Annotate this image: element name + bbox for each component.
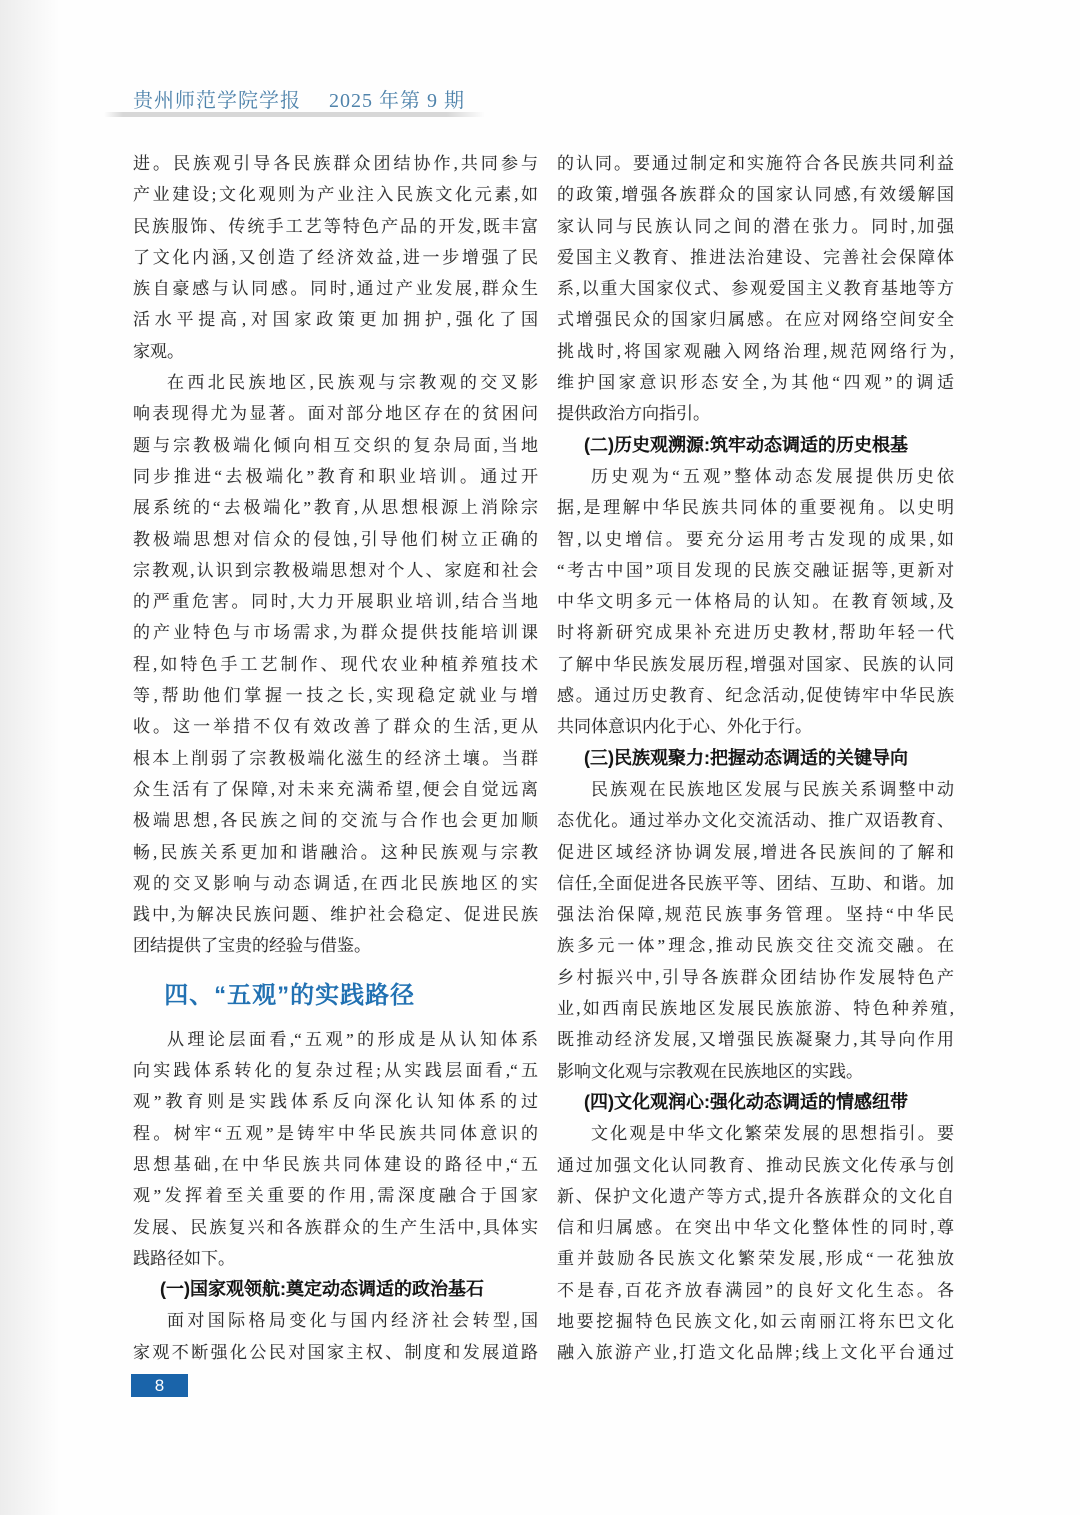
text-line: 民族服饰、传统手工艺等特色产品的开发,既丰富 (133, 211, 538, 242)
text-line: 同步推进“去极端化”教育和职业培训。通过开 (133, 461, 538, 492)
text-line: 观的交叉影响与动态调适,在西北民族地区的实 (133, 868, 538, 899)
text-line: 产业建设;文化观则为产业注入民族文化元素,如 (133, 179, 538, 210)
header-rule (104, 112, 485, 117)
text-line: 影响文化观与宗教观在民族地区的实践。 (557, 1056, 954, 1087)
text-line: 的认同。要通过制定和实施符合各民族共同利益 (557, 148, 954, 179)
text-line: 信任,全面促进各民族平等、团结、互助、和谐。加 (557, 868, 954, 899)
text-line: 收。这一举措不仅有效改善了群众的生活,更从 (133, 711, 538, 742)
page-number-badge: 8 (131, 1374, 188, 1397)
subheading: (一)国家观领航:奠定动态调适的政治基石 (133, 1274, 538, 1305)
text-line: 的严重危害。同时,大力开展职业培训,结合当地 (133, 586, 538, 617)
subheading: (四)文化观润心:强化动态调适的情感纽带 (557, 1087, 954, 1118)
subheading: (二)历史观溯源:筑牢动态调适的历史根基 (557, 430, 954, 461)
text-line: 据,是理解中华民族共同体的重要视角。以史明 (557, 492, 954, 523)
text-line: 通过加强文化认同教育、推动民族文化传承与创 (557, 1150, 954, 1181)
text-line: 向实践体系转化的复杂过程;从实践层面看,“五 (133, 1055, 538, 1086)
text-line: 中华文明多元一体格局的认知。在教育领域,及 (557, 586, 954, 617)
text-line: 智,以史增信。要充分运用考古发现的成果,如 (557, 524, 954, 555)
text-line: 提供政治方向指引。 (557, 398, 954, 429)
text-line: 活水平提高,对国家政策更加拥护,强化了国 (133, 304, 538, 335)
text-line: 历史观为“五观”整体动态发展提供历史依 (557, 461, 954, 492)
text-line: 既推动经济发展,又增强民族凝聚力,其导向作用 (557, 1024, 954, 1055)
paragraph: 进。民族观引导各民族群众团结协作,共同参与产业建设;文化观则为产业注入民族文化元… (133, 148, 538, 367)
text-line: 观”教育则是实践体系反向深化认知体系的过 (133, 1086, 538, 1117)
right-column: 的认同。要通过制定和实施符合各民族共同利益的政策,增强各族群众的国家认同感,有效… (557, 148, 954, 1369)
text-line: 文化观是中华文化繁荣发展的思想指引。要 (557, 1118, 954, 1149)
paragraph: 从理论层面看,“五观”的形成是从认知体系向实践体系转化的复杂过程;从实践层面看,… (133, 1024, 538, 1274)
text-line: 展系统的“去极端化”教育,从思想根源上消除宗 (133, 492, 538, 523)
text-line: 众生活有了保障,对未来充满希望,便会自觉远离 (133, 774, 538, 805)
text-line: 发展、民族复兴和各族群众的生产生活中,具体实 (133, 1212, 538, 1243)
text-line: 式增强民众的国家归属感。在应对网络空间安全 (557, 304, 954, 335)
text-line: 进。民族观引导各民族群众团结协作,共同参与 (133, 148, 538, 179)
journal-page: 贵州师范学院学报2025 年第 9 期 进。民族观引导各民族群众团结协作,共同参… (0, 0, 1080, 1515)
page-number: 8 (155, 1376, 164, 1395)
paragraph: 面对国际格局变化与国内经济社会转型,国家观不断强化公民对国家主权、制度和发展道路 (133, 1305, 538, 1368)
text-line: 教极端思想对信众的侵蚀,引导他们树立正确的 (133, 524, 538, 555)
text-line: 共同体意识内化于心、外化于行。 (557, 711, 954, 742)
text-line: 宗教观,认识到宗教极端思想对个人、家庭和社会 (133, 555, 538, 586)
text-line: 践中,为解决民族问题、维护社会稳定、促进民族 (133, 899, 538, 930)
text-line: 融入旅游产业,打造文化品牌;线上文化平台通过 (557, 1337, 954, 1368)
text-line: 题与宗教极端化倾向相互交织的复杂局面,当地 (133, 430, 538, 461)
journal-title: 贵州师范学院学报 (133, 90, 301, 112)
text-line: 面对国际格局变化与国内经济社会转型,国 (133, 1305, 538, 1336)
text-line: 重并鼓励各民族文化繁荣发展,形成“一花独放 (557, 1243, 954, 1274)
text-line: 挑战时,将国家观融入网络治理,规范网络行为, (557, 336, 954, 367)
text-line: 程,如特色手工艺制作、现代农业种植养殖技术 (133, 649, 538, 680)
section-heading: 四、“五观”的实践路径 (133, 978, 538, 1014)
text-line: 根本上削弱了宗教极端化滋生的经济土壤。当群 (133, 743, 538, 774)
text-line: 极端思想,各民族之间的交流与合作也会更加顺 (133, 805, 538, 836)
text-line: 系,以重大国家仪式、参观爱国主义教育基地等方 (557, 273, 954, 304)
text-line: 时将新研究成果补充进历史教材,帮助年轻一代 (557, 617, 954, 648)
text-line: 爱国主义教育、推进法治建设、完善社会保障体 (557, 242, 954, 273)
subheading: (三)民族观聚力:把握动态调适的关键导向 (557, 743, 954, 774)
text-line: 民族观在民族地区发展与民族关系调整中动 (557, 774, 954, 805)
text-line: 家观不断强化公民对国家主权、制度和发展道路 (133, 1337, 538, 1368)
text-line: 思想基础,在中华民族共同体建设的路径中,“五 (133, 1149, 538, 1180)
text-line: 新、保护文化遗产等方式,提升各族群众的文化自 (557, 1181, 954, 1212)
paragraph: 在西北民族地区,民族观与宗教观的交叉影响表现得尤为显著。面对部分地区存在的贫困问… (133, 367, 538, 962)
issue-label: 2025 年第 9 期 (329, 90, 465, 112)
left-column: 进。民族观引导各民族群众团结协作,共同参与产业建设;文化观则为产业注入民族文化元… (133, 148, 538, 1368)
text-line: 地要挖掘特色民族文化,如云南丽江将东巴文化 (557, 1306, 954, 1337)
paragraph: 历史观为“五观”整体动态发展提供历史依据,是理解中华民族共同体的重要视角。以史明… (557, 461, 954, 743)
text-line: 观”发挥着至关重要的作用,需深度融合于国家 (133, 1180, 538, 1211)
text-line: 践路径如下。 (133, 1243, 538, 1274)
text-line: 促进区域经济协调发展,增进各民族间的了解和 (557, 837, 954, 868)
text-line: 族自豪感与认同感。同时,通过产业发展,群众生 (133, 273, 538, 304)
text-line: 从理论层面看,“五观”的形成是从认知体系 (133, 1024, 538, 1055)
text-line: 畅,民族关系更加和谐融洽。这种民族观与宗教 (133, 837, 538, 868)
text-line: 程。树牢“五观”是铸牢中华民族共同体意识的 (133, 1118, 538, 1149)
text-line: 家观。 (133, 336, 538, 367)
paragraph: 文化观是中华文化繁荣发展的思想指引。要通过加强文化认同教育、推动民族文化传承与创… (557, 1118, 954, 1368)
text-line: 族多元一体”理念,推动民族交往交流交融。在 (557, 930, 954, 961)
text-line: 态优化。通过举办文化交流活动、推广双语教育、 (557, 805, 954, 836)
text-line: 感。通过历史教育、纪念活动,促使铸牢中华民族 (557, 680, 954, 711)
paragraph: 的认同。要通过制定和实施符合各民族共同利益的政策,增强各族群众的国家认同感,有效… (557, 148, 954, 430)
text-line: 团结提供了宝贵的经验与借鉴。 (133, 930, 538, 961)
text-line: 在西北民族地区,民族观与宗教观的交叉影 (133, 367, 538, 398)
text-line: 的政策,增强各族群众的国家认同感,有效缓解国 (557, 179, 954, 210)
text-line: 强法治保障,规范民族事务管理。坚持“中华民 (557, 899, 954, 930)
text-line: 等,帮助他们掌握一技之长,实现稳定就业与增 (133, 680, 538, 711)
text-line: 信和归属感。在突出中华文化整体性的同时,尊 (557, 1212, 954, 1243)
page-header: 贵州师范学院学报2025 年第 9 期 (133, 84, 465, 113)
text-line: 家认同与民族认同之间的潜在张力。同时,加强 (557, 211, 954, 242)
text-line: “考古中国”项目发现的民族交融证据等,更新对 (557, 555, 954, 586)
text-line: 维护国家意识形态安全,为其他“四观”的调适 (557, 367, 954, 398)
text-line: 不是春,百花齐放春满园”的良好文化生态。各 (557, 1275, 954, 1306)
text-line: 了文化内涵,又创造了经济效益,进一步增强了民 (133, 242, 538, 273)
text-line: 了解中华民族发展历程,增强对国家、民族的认同 (557, 649, 954, 680)
text-line: 的产业特色与市场需求,为群众提供技能培训课 (133, 617, 538, 648)
text-line: 响表现得尤为显著。面对部分地区存在的贫困问 (133, 398, 538, 429)
paragraph: 民族观在民族地区发展与民族关系调整中动态优化。通过举办文化交流活动、推广双语教育… (557, 774, 954, 1087)
text-line: 乡村振兴中,引导各族群众团结协作发展特色产 (557, 962, 954, 993)
text-line: 业,如西南民族地区发展民族旅游、特色种养殖, (557, 993, 954, 1024)
